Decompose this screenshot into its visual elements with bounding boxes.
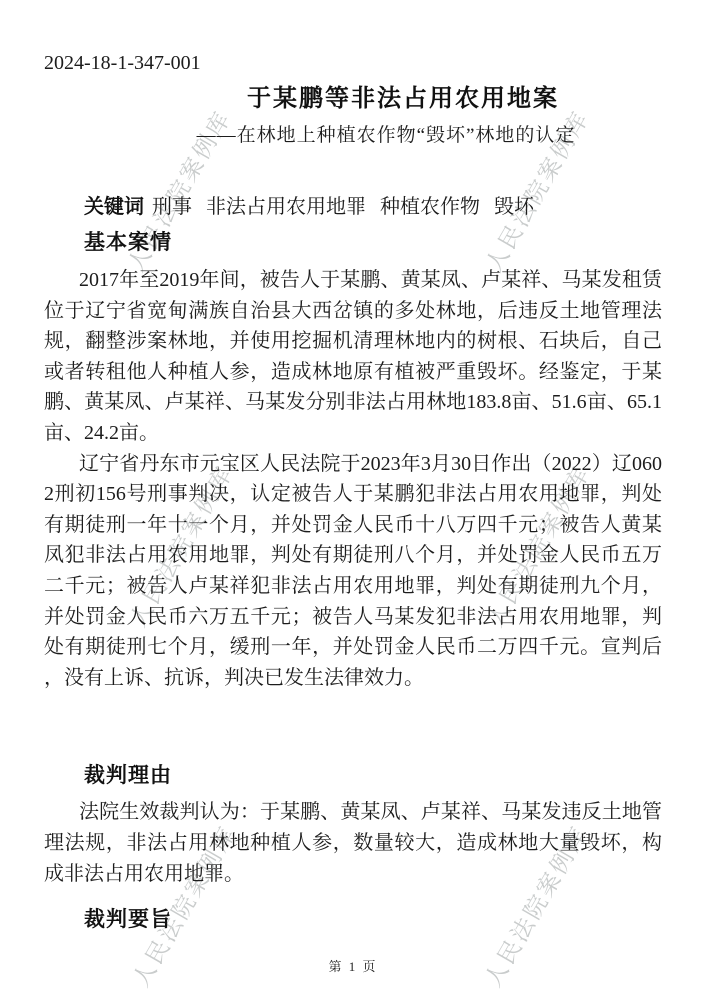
document-content: 2024-18-1-347-001 于某鹏等非法占用农用地案 ——在林地上种植农… [0, 50, 706, 935]
keyword-item: 毁坏 [494, 196, 534, 218]
keyword-item: 非法占用农用地罪 [206, 196, 366, 218]
basic-facts-body: 2017年至2019年间，被告人于某鹏、黄某凤、卢某祥、马某发租赁位于辽宁省宽甸… [44, 265, 662, 693]
case-title: 于某鹏等非法占用农用地案 [144, 84, 662, 114]
keywords-label: 关键词 [84, 196, 144, 218]
page-number: 第 1 页 [0, 956, 706, 975]
document-page: 人民法院案例库 人民法院案例库 人民法院案例库 人民法院案例库 人民法院案例库 … [0, 0, 706, 999]
judgment-reasoning-body: 法院生效裁判认为：于某鹏、黄某凤、卢某祥、马某发违反土地管理法规，非法占用林地种… [44, 797, 662, 889]
section-heading-judgment-reasoning: 裁判理由 [44, 761, 662, 791]
paragraph: 2017年至2019年间，被告人于某鹏、黄某凤、卢某祥、马某发租赁位于辽宁省宽甸… [44, 265, 662, 449]
keywords-line: 关键词刑事非法占用农用地罪种植农作物毁坏 [44, 192, 662, 222]
case-subtitle: ——在林地上种植农作物“毁坏”林地的认定 [110, 123, 662, 149]
paragraph: 辽宁省丹东市元宝区人民法院于2023年3月30日作出（2022）辽0602刑初1… [44, 449, 662, 694]
keyword-item: 刑事 [152, 196, 192, 218]
case-number: 2024-18-1-347-001 [44, 50, 662, 76]
section-heading-basic-facts: 基本案情 [44, 228, 662, 258]
section-heading-judgment-gist: 裁判要旨 [44, 905, 662, 935]
paragraph: 法院生效裁判认为：于某鹏、黄某凤、卢某祥、马某发违反土地管理法规，非法占用林地种… [44, 797, 662, 889]
keyword-item: 种植农作物 [380, 196, 480, 218]
